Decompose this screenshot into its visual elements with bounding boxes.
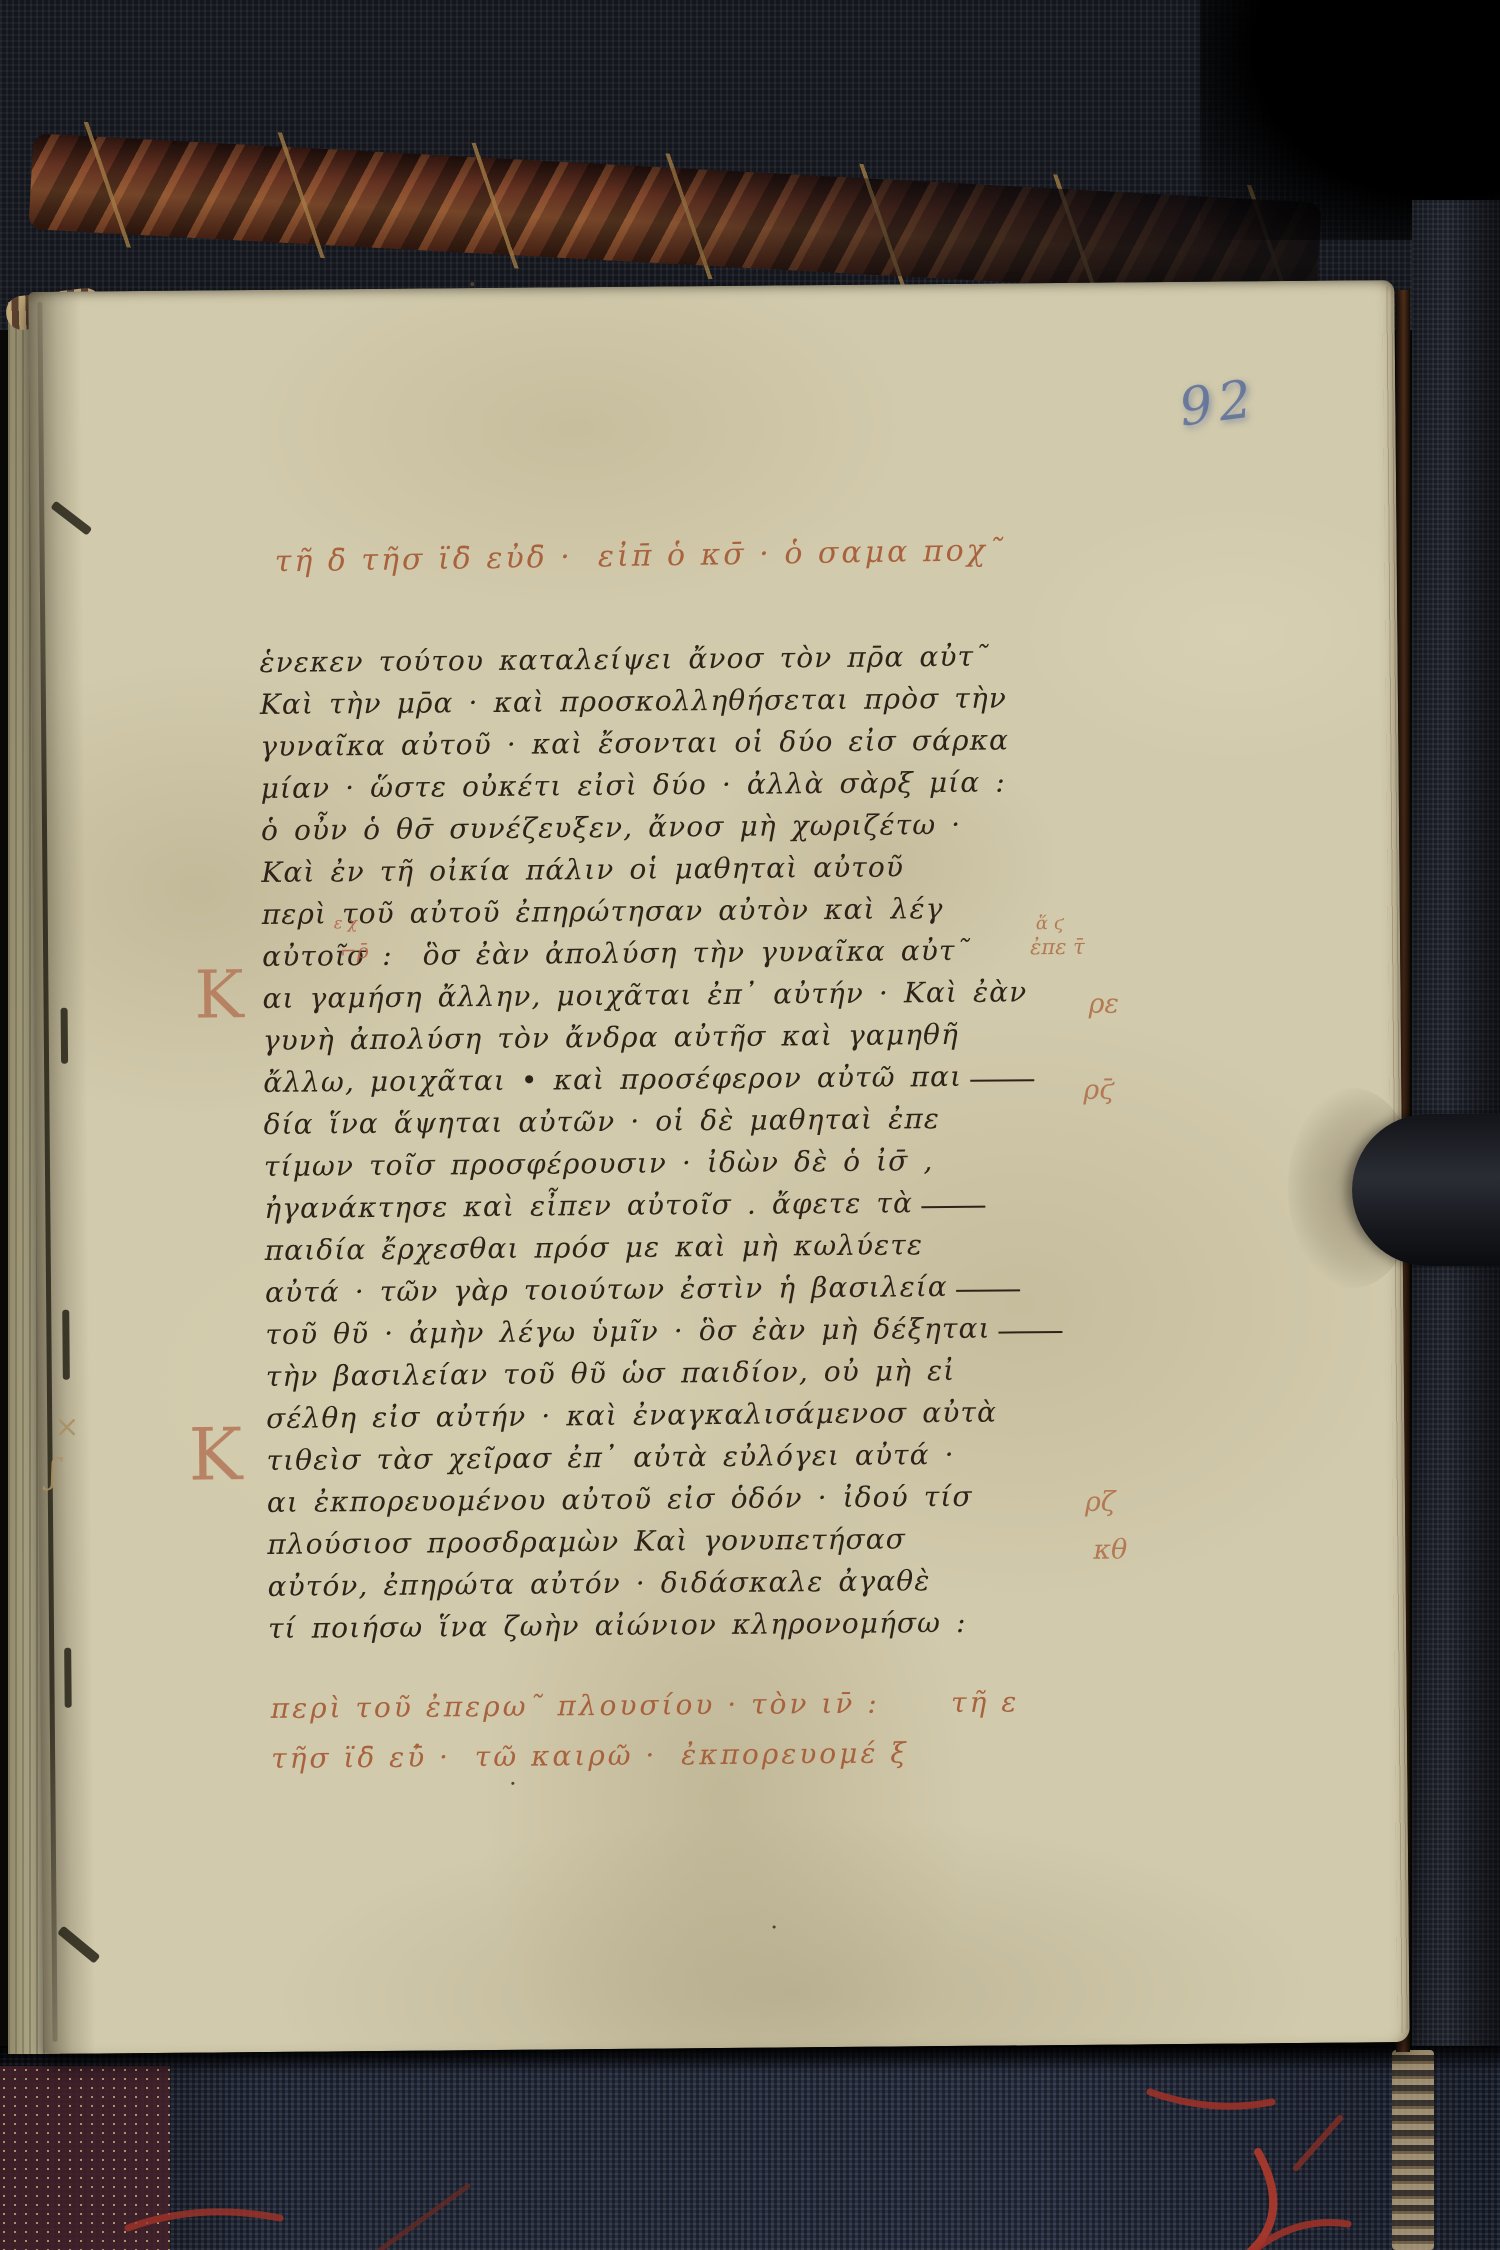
manuscript-page: 92 τῆ δ̄ τῆσ ϊδ̄ εὐδ̄ · εἰπ̄ ὁ κσ̄ · ὁ σ… [28, 280, 1409, 2054]
page-weight-finger [1352, 1114, 1500, 1266]
text-line: παιδία ἔρχεσθαι πρόσ με καὶ μὴ κωλύετε [265, 1228, 924, 1267]
ink-speck [773, 1926, 776, 1929]
lection-rubric-header: τῆ δ̄ τῆσ ϊδ̄ εὐδ̄ · εἰπ̄ ὁ κσ̄ · ὁ σαμα… [274, 533, 1006, 579]
red-gloss-above-line: ε χ [334, 913, 358, 932]
text-line: σέλθη εἰσ αὐτήν · καὶ ἐναγκαλισάμενοσ αὐ… [266, 1396, 997, 1435]
initial-kappa-2: Κ [188, 1418, 242, 1490]
text-line: ἑνεκεν τούτου καταλείψει ἄνοσ τὸν πρ̄α α… [259, 640, 989, 679]
text-line: δία ἵνα ἅψηται αὐτῶν · οἱ δὲ μαθηταὶ ἐπε [263, 1102, 940, 1141]
kephalaion-title-rubric: περὶ τοῦ ἐπερω῀ πλουσίου · τὸν ιν̄ : τῆ … [271, 1685, 1020, 1725]
ammonian-section-106: ρϛ̄ [1083, 1075, 1114, 1106]
initial-kappa-1: Κ [194, 962, 244, 1028]
text-line: Καὶ ἐν τῆ οἰκία πάλιν οἱ μαθηταὶ αὐτοῦ [261, 850, 904, 889]
red-paragraph-mark: ⌐ρ̄ [340, 939, 369, 963]
text-line: αι γαμήση ἄλλην, μοιχᾶται ἐπ᾽ αὐτήν · Κα… [262, 975, 1027, 1015]
ammonian-section-107: ρζ [1085, 1487, 1116, 1518]
cover-cloth-bottom [0, 2046, 1500, 2250]
sewing-thread [62, 1310, 70, 1380]
margin-gloss-top: ἅ ϛ [1036, 913, 1064, 934]
text-line: γυναῖκα αὐτοῦ · καὶ ἔσονται οἱ δύο εἰσ σ… [260, 723, 1009, 763]
text-line: αὐτόν, ἐπηρώτα αὐτόν · διδάσκαλε ἀγαθὲ [267, 1564, 930, 1603]
text-line: ἠγανάκτησε καὶ εἶπεν αὐτοῖσ . ἄφετε τὰ [264, 1186, 985, 1225]
text-line: τί ποιήσω ἵνα ζωὴν αἰώνιον κληρονομήσω : [268, 1606, 967, 1645]
kephalaion-number: κθ [1093, 1534, 1127, 1565]
text-line: αι ἐκπορευομένου αὐτοῦ εἰσ ὁδόν · ἰδού τ… [267, 1480, 973, 1519]
cloth-selvage-edge [1392, 2050, 1434, 2250]
lection-incipit-rubric: τῆσ ϊδ̄ εὐ̄ · τῶ καιρῶ · ἐκπορευομέ ξ [271, 1736, 909, 1775]
margin-gloss: ἐπε τ̄ [1030, 935, 1085, 959]
text-line: τιθεὶσ τὰσ χεῖρασ ἐπ᾽ αὐτὰ εὐλόγει αὐτά … [266, 1438, 954, 1477]
text-line: γυνὴ ἀπολύση τὸν ἄνδρα αὐτῆσ καὶ γαμηθῆ [263, 1018, 959, 1057]
text-line: τὴν βασιλείαν τοῦ θῦ ὡσ παιδίον, οὐ μὴ ε… [266, 1354, 956, 1393]
maroon-cloth-patch [0, 2066, 170, 2250]
text-line: ὁ οὖν ὁ θσ̄ συνέζευξεν, ἄνοσ μὴ χωριζέτω… [261, 808, 961, 847]
manuscript-photo: 92 τῆ δ̄ τῆσ ϊδ̄ εὐδ̄ · εἰπ̄ ὁ κσ̄ · ὁ σ… [0, 0, 1500, 2250]
text-line: περὶ τοῦ αὐτοῦ ἐπηρώτησαν αὐτὸν καὶ λέγ [262, 892, 944, 931]
text-line: μίαν · ὥστε οὐκέτι εἰσὶ δύο · ἀλλὰ σὰρξ … [261, 765, 1006, 805]
text-line: τίμων τοῖσ προσφέρουσιν · ἰδὼν δὲ ὁ ἰσ̄ … [264, 1144, 934, 1183]
text-line: πλούσιοσ προσδραμὼν Καὶ γονυπετήσασ [267, 1522, 906, 1561]
margin-cross-mark: × [54, 1410, 79, 1445]
ammonian-section-105: ρε [1088, 989, 1119, 1020]
ink-speck [470, 282, 474, 286]
sewing-thread [61, 1008, 68, 1064]
margin-squiggle-mark: ʃ [48, 1452, 58, 1492]
folio-number: 92 [1176, 369, 1261, 439]
text-line: ἄλλω, μοιχᾶται • καὶ προσέφερον αὐτῶ παι [263, 1059, 1034, 1099]
text-line: αὐτά · τῶν γὰρ τοιούτων ἐστὶν ἡ βασιλεία [265, 1269, 1020, 1309]
ink-speck [511, 1782, 514, 1785]
sewing-thread [64, 1648, 72, 1708]
text-line: Καὶ τὴν μρ̄α · καὶ προσκολληθήσεται πρὸσ… [260, 681, 1007, 721]
text-line: τοῦ θῦ · ἀμὴν λέγω ὑμῖν · ὃσ ἐὰν μὴ δέξη… [265, 1311, 1062, 1351]
